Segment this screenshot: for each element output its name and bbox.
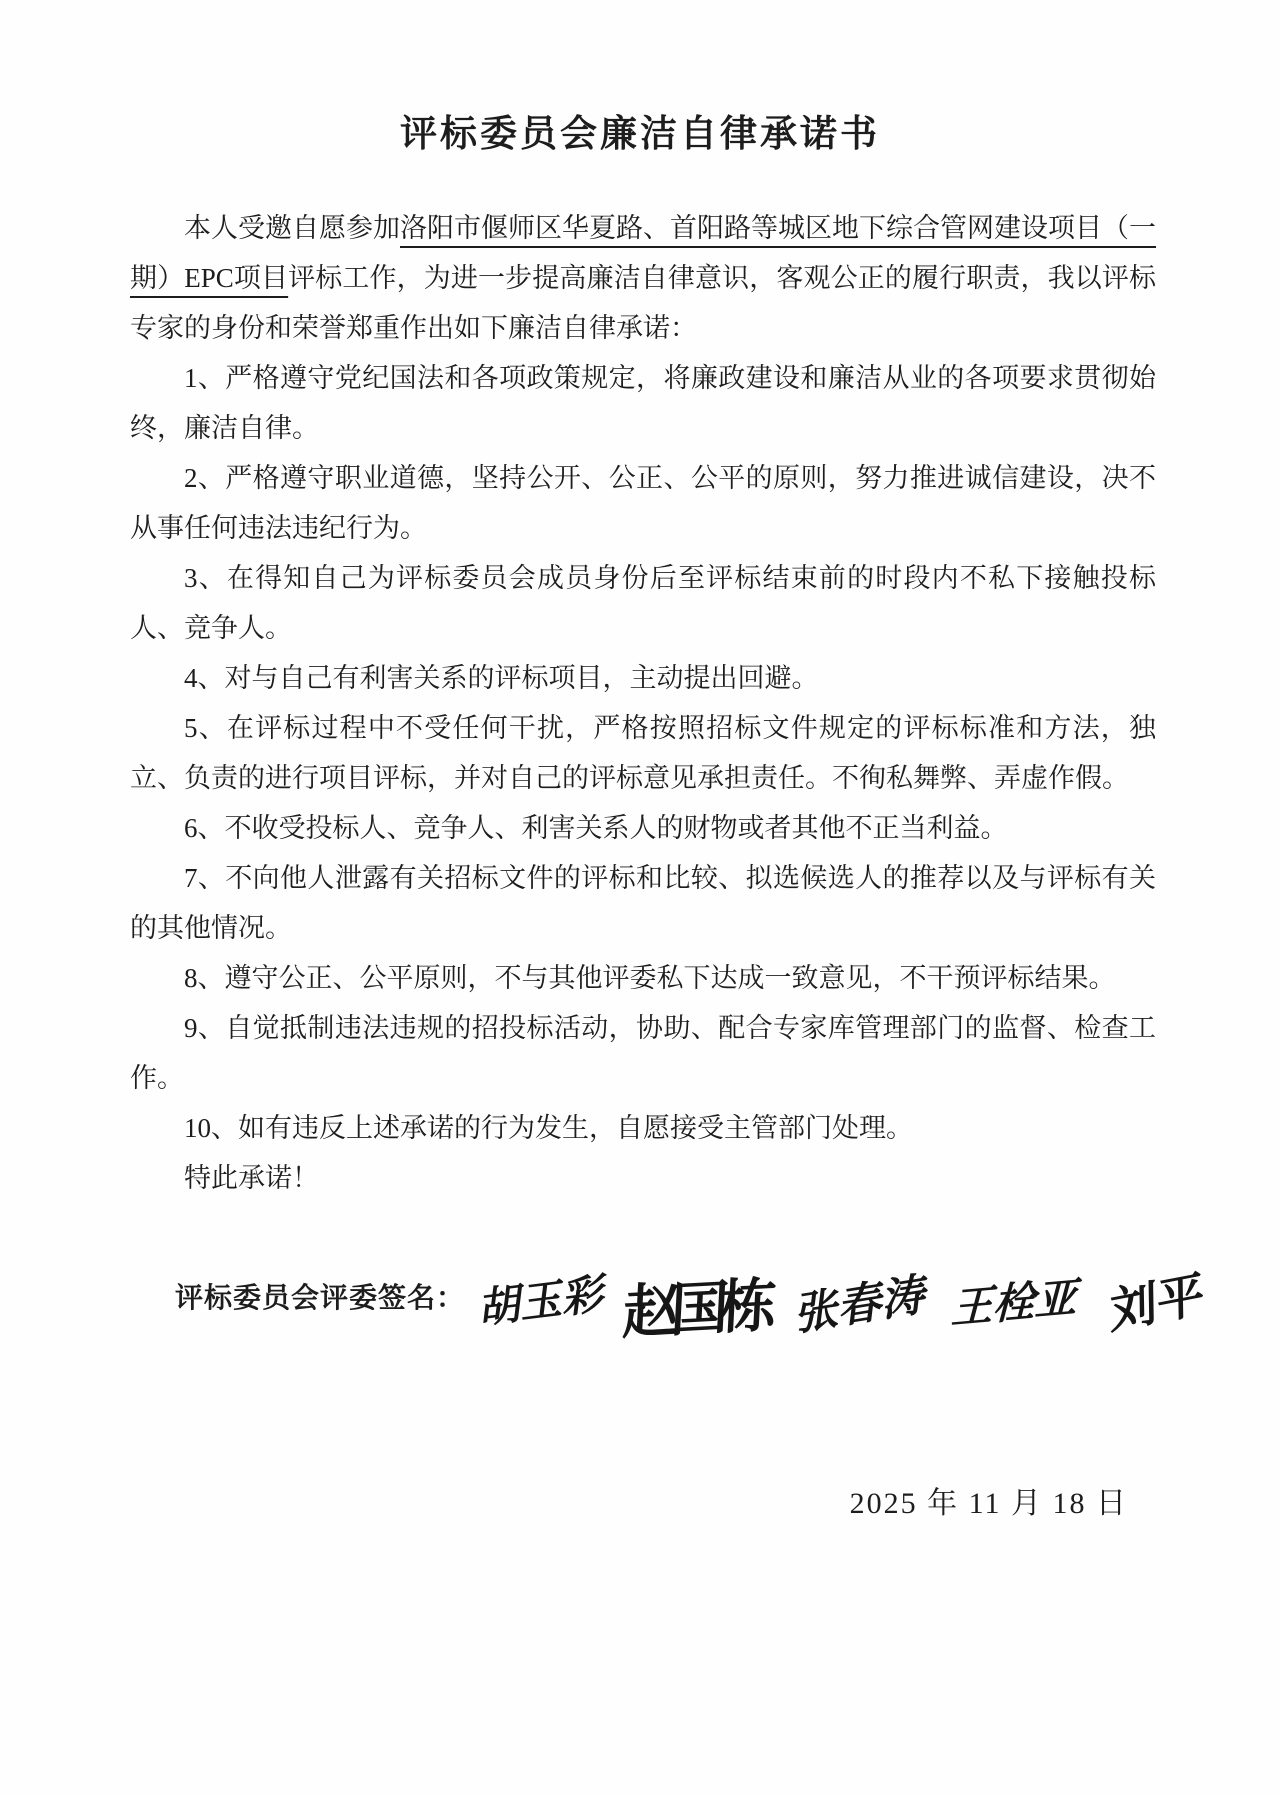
commitment-item-4: 4、对与自己有利害关系的评标项目，主动提出回避。 bbox=[130, 653, 1156, 703]
scanned-document-page: 评标委员会廉洁自律承诺书 本人受邀自愿参加洛阳市偃师区华夏路、首阳路等城区地下综… bbox=[0, 0, 1280, 1795]
commitment-item-3: 3、在得知自己为评标委员会成员身份后至评标结束前的时段内不私下接触投标人、竞争人… bbox=[130, 553, 1156, 653]
signature-handwritten-3: 张春涛 bbox=[794, 1257, 932, 1344]
signature-handwritten-4: 王栓亚 bbox=[947, 1264, 1089, 1337]
signature-section: 评标委员会评委签名：胡玉彩赵国栋张春涛王栓亚刘平 bbox=[175, 1262, 1175, 1382]
closing-statement: 特此承诺！ bbox=[130, 1153, 1156, 1203]
commitment-item-6: 6、不收受投标人、竞争人、利害关系人的财物或者其他不正当利益。 bbox=[130, 803, 1156, 853]
commitment-item-10: 10、如有违反上述承诺的行为发生，自愿接受主管部门处理。 bbox=[130, 1103, 1156, 1153]
commitment-item-5: 5、在评标过程中不受任何干扰，严格按照招标文件规定的评标标准和方法，独立、负责的… bbox=[130, 703, 1156, 803]
intro-prefix: 本人受邀自愿参加 bbox=[184, 213, 400, 243]
commitment-item-2: 2、严格遵守职业道德，坚持公开、公正、公平的原则，努力推进诚信建设，决不从事任何… bbox=[130, 453, 1156, 553]
signature-handwritten-1: 胡玉彩 bbox=[478, 1260, 611, 1337]
document-date: 2025 年 11 月 18 日 bbox=[850, 1478, 1128, 1522]
commitment-item-8: 8、遵守公正、公平原则，不与其他评委私下达成一致意见，不干预评标结果。 bbox=[130, 953, 1156, 1003]
signature-handwritten-2: 赵国栋 bbox=[621, 1258, 769, 1350]
commitment-item-9: 9、自觉抵制违法违规的招投标活动，协助、配合专家库管理部门的监督、检查工作。 bbox=[130, 1003, 1156, 1103]
commitment-item-7: 7、不向他人泄露有关招标文件的评标和比较、拟选候选人的推荐以及与评标有关的其他情… bbox=[130, 853, 1156, 953]
commitment-item-1: 1、严格遵守党纪国法和各项政策规定，将廉政建设和廉洁从业的各项要求贯彻始终，廉洁… bbox=[130, 353, 1156, 453]
document-body: 本人受邀自愿参加洛阳市偃师区华夏路、首阳路等城区地下综合管网建设项目（一期）EP… bbox=[130, 203, 1156, 1203]
signature-handwritten-5: 刘平 bbox=[1109, 1254, 1204, 1342]
signature-label: 评标委员会评委签名： bbox=[175, 1276, 465, 1316]
intro-paragraph: 本人受邀自愿参加洛阳市偃师区华夏路、首阳路等城区地下综合管网建设项目（一期）EP… bbox=[130, 203, 1156, 353]
document-title: 评标委员会廉洁自律承诺书 bbox=[0, 103, 1280, 157]
